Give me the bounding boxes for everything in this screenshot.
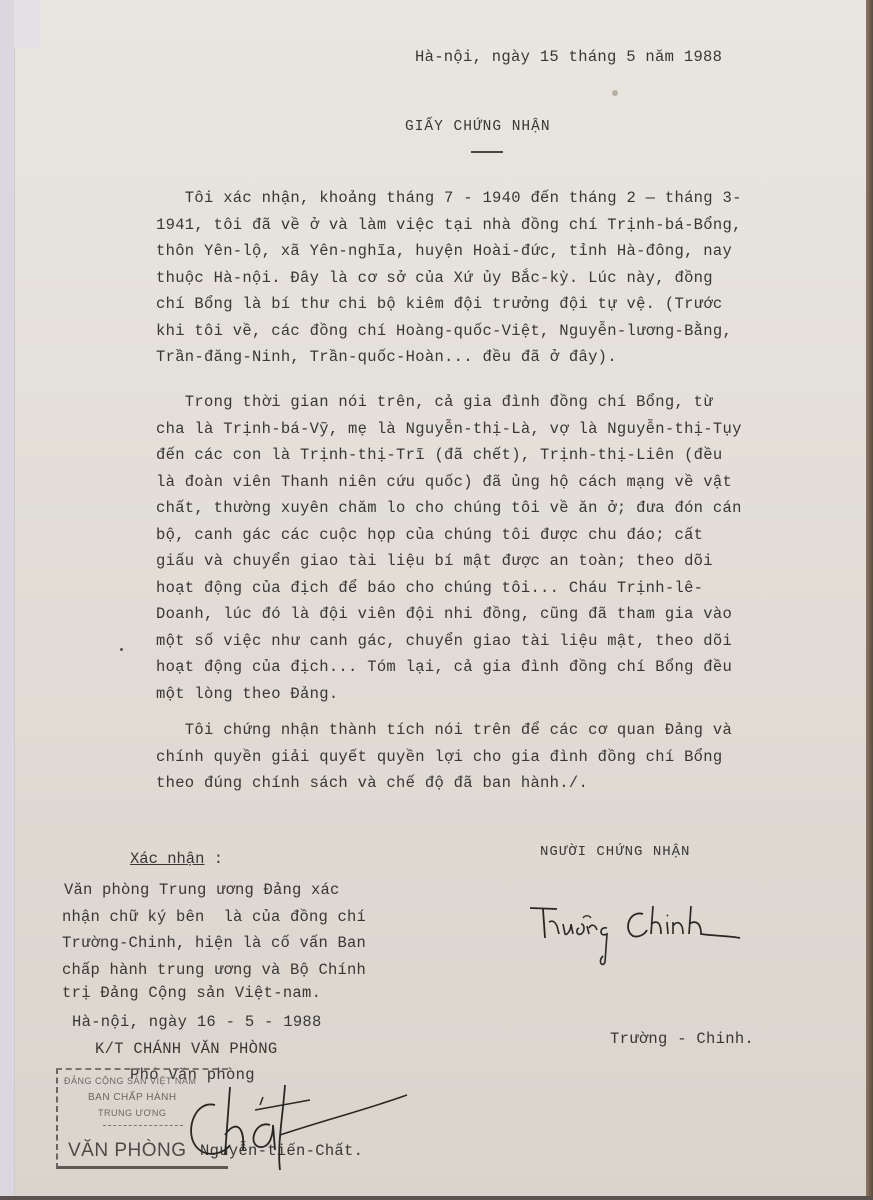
confirmation-heading-text: Xác nhận — [130, 850, 204, 868]
confirmation-date: Hà-nội, ngày 16 - 5 - 1988 — [72, 1013, 322, 1031]
text-line: Văn phòng Trung ương Đảng xác — [64, 877, 366, 904]
text-line: theo đúng chính sách và chế độ đã ban hà… — [156, 770, 826, 797]
handwritten-signature-chat-icon — [185, 1075, 415, 1175]
text-line: 1941, tôi đã về ở và làm việc tại nhà đồ… — [156, 212, 826, 239]
stamp-line-2: BAN CHẤP HÀNH — [88, 1092, 177, 1103]
text-line: chất, thường xuyên chăm lo cho chúng tôi… — [156, 495, 826, 522]
paper-stain — [612, 90, 618, 96]
desk-bottom-edge — [0, 1196, 873, 1200]
text-line: giấu và chuyển giao tài liệu bí mật được… — [156, 548, 826, 575]
confirmation-heading: Xác nhận : — [130, 850, 223, 868]
stamp-divider — [103, 1125, 183, 1126]
text-line: một lòng theo Đảng. — [156, 681, 826, 708]
text-line: Trong thời gian nói trên, cả gia đình đồ… — [156, 389, 826, 416]
text-line: chấp hành trung ương và Bộ Chính — [62, 957, 366, 984]
text-line: chính quyền giải quyết quyền lợi cho gia… — [156, 744, 826, 771]
paragraph-1: Tôi xác nhận, khoảng tháng 7 - 1940 đến … — [156, 185, 826, 371]
text-line: hoạt động của địch... Tóm lại, cả gia đì… — [156, 654, 826, 681]
document-title: GIẤY CHỨNG NHẬN — [405, 119, 551, 135]
handwritten-signature-truong-chinh-icon — [525, 900, 745, 970]
stamp-line-3: TRUNG ƯƠNG — [98, 1108, 166, 1118]
paragraph-2: Trong thời gian nói trên, cả gia đình đồ… — [156, 389, 826, 707]
text-line: Doanh, lúc đó là đội viên đội nhi đồng, … — [156, 601, 826, 628]
text-line: Tôi xác nhận, khoảng tháng 7 - 1940 đến … — [156, 185, 826, 212]
title-underline — [471, 151, 503, 153]
confirmation-signer-title: K/T CHÁNH VĂN PHÒNG — [95, 1040, 277, 1058]
text-line: là đoàn viên Thanh niên cứu quốc) đã ủng… — [156, 469, 826, 496]
certifier-heading: NGƯỜI CHỨNG NHẬN — [540, 844, 690, 860]
text-line: thôn Yên-lộ, xã Yên-nghĩa, huyện Hoài-đứ… — [156, 238, 826, 265]
text-line: Tôi chứng nhận thành tích nói trên để cá… — [156, 717, 826, 744]
text-line: Trần-đăng-Ninh, Trần-quốc-Hoàn... đều đã… — [156, 344, 826, 371]
text-line: Trường-Chinh, hiện là cố vấn Ban — [62, 930, 366, 957]
text-line: khi tôi về, các đồng chí Hoàng-quốc-Việt… — [156, 318, 826, 345]
confirmation-last-line: trị Đảng Cộng sản Việt-nam. — [62, 984, 321, 1002]
paper-left-margin-strip — [0, 0, 15, 1200]
text-line: thuộc Hà-nội. Đây là cơ sở của Xứ ủy Bắc… — [156, 265, 826, 292]
confirmation-body: Văn phòng Trung ương Đảng xác nhận chữ k… — [64, 877, 366, 983]
stamp-line-1: ĐẢNG CỘNG SẢN VIỆT NAM — [64, 1076, 196, 1086]
text-line: hoạt động của địch để báo cho chúng tôi.… — [156, 575, 826, 602]
desk-edge — [866, 0, 873, 1200]
paper-speck — [120, 648, 123, 651]
confirmation-heading-colon: : — [204, 850, 223, 868]
text-line: bộ, canh gác các cuộc họp của chúng tôi … — [156, 522, 826, 549]
place-date: Hà-nội, ngày 15 tháng 5 năm 1988 — [415, 48, 722, 66]
paragraph-3: Tôi chứng nhận thành tích nói trên để cá… — [156, 717, 826, 797]
text-line: một số việc như canh gác, chuyển giao tà… — [156, 628, 826, 655]
text-line: nhận chữ ký bên là của đồng chí — [62, 904, 366, 931]
stamp-line-4: VĂN PHÒNG — [68, 1140, 187, 1162]
paper-top-tab — [14, 0, 40, 48]
text-line: chí Bổng là bí thư chi bộ kiêm đội trưởn… — [156, 291, 826, 318]
text-line: cha là Trịnh-bá-Vỹ, mẹ là Nguyễn-thị-Là,… — [156, 416, 826, 443]
certifier-name: Trường - Chinh. — [610, 1030, 754, 1048]
text-line: đến các con là Trịnh-thị-Trĩ (đã chết), … — [156, 442, 826, 469]
